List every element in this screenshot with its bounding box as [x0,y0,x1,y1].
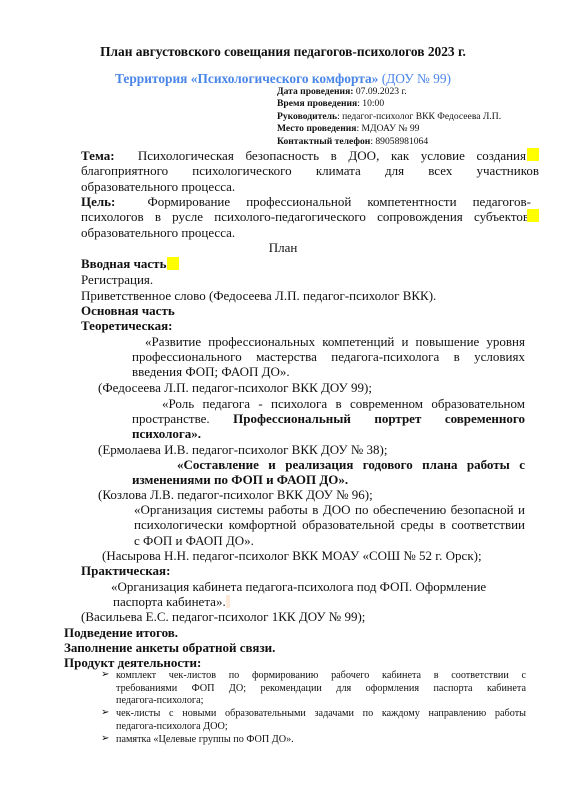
main-heading: Основная часть [81,303,175,318]
talk-1-title-cont: профессионального мастерства педагога-пс… [132,349,525,380]
meta-time: Время проведения: 10:00 [277,98,501,110]
talk-3-title-cont: изменениями по ФОП и ФАОП ДО». [132,472,348,487]
subtitle-normal: (ДОУ № 99) [378,71,451,86]
practical-speaker: (Васильева Е.С. педагог-психолог 1КК ДОУ… [81,609,365,624]
document-page: План августовского совещания педагогов-п… [0,0,566,800]
meta-place: Место проведения: МДОАУ № 99 [277,123,501,135]
meta-leader: Руководитель: педагог-психолог ВКК Федос… [277,111,501,123]
meta-block: Дата проведения: 07.09.2023 г. Время про… [277,86,501,148]
plan-heading: План [0,240,566,255]
theme-label: Тема: [81,148,115,163]
closing-summary: Подведение итогов. [64,625,178,640]
talk-2-speaker: (Ермолаева И.В. педагог-психолог ВКК ДОУ… [98,442,388,457]
document-subtitle: Территория «Психологического комфорта» (… [0,71,566,87]
product-heading: Продукт деятельности: [64,655,201,670]
talk-4-speaker: (Насырова Н.Н. педагог-психолог ВКК МОАУ… [102,548,482,563]
bullet-arrow-icon: ➢ [101,707,109,718]
highlight-mark [527,209,539,222]
meta-phone: Контактный телефон: 89058981064 [277,136,501,148]
theme-paragraph: Тема: Психологическая безопасность в ДОО… [81,148,539,194]
intro-item: Приветственное слово (Федосеева Л.П. пед… [81,288,436,303]
practical-heading: Практическая: [81,563,170,578]
practical-title: «Организация кабинета педагога-психолога… [111,579,486,594]
practical-title-cont: паспорта кабинета». [113,594,230,609]
subtitle-bold: Территория «Психологического комфорта» [115,71,378,86]
intro-heading: Вводная часть [81,256,179,271]
talk-4-title: «Организация системы работы в ДОО по обе… [134,502,525,548]
product-item-2: чек-листы с новыми образовательными зада… [116,708,526,733]
goal-paragraph: Цель: Формирование профессиональной комп… [81,194,539,240]
intro-item: Регистрация. [81,272,153,287]
goal-label: Цель: [81,194,115,209]
closing-feedback: Заполнение анкеты обратной связи. [64,640,275,655]
talk-1-title: «Развитие профессиональных компетенций и… [145,334,525,349]
talk-2-title: «Роль педагога - психолога в современном… [162,396,525,411]
product-item-1: комплект чек-листов по формированию рабо… [116,670,526,708]
product-item-3: памятка «Целевые группы по ФОП ДО». [116,734,294,747]
highlight-mark [527,148,539,161]
talk-3-speaker: (Козлова Л.В. педагог-психолог ВКК ДОУ №… [98,487,373,502]
document-title: План августовского совещания педагогов-п… [0,44,566,60]
bullet-arrow-icon: ➢ [101,669,109,680]
talk-3-title: «Составление и реализация годового плана… [177,457,525,472]
theoretical-heading: Теоретическая: [81,318,173,333]
bullet-arrow-icon: ➢ [101,733,109,744]
meta-date: Дата проведения: 07.09.2023 г. [277,86,501,98]
talk-2-title-cont: пространстве. Профессиональный портрет с… [132,411,525,442]
talk-1-speaker: (Федосеева Л.П. педагог-психолог ВКК ДОУ… [98,380,372,395]
